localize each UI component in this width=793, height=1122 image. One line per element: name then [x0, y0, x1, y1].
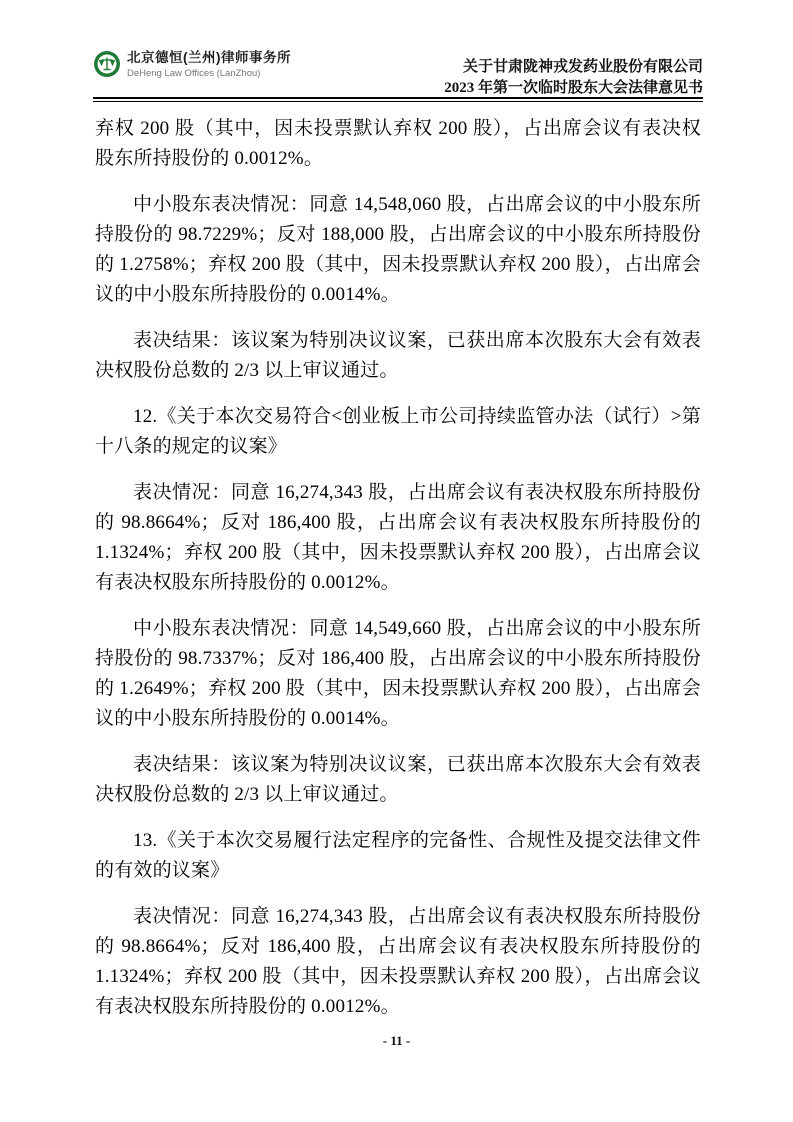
law-firm-name-cn: 北京德恒(兰州)律师事务所: [127, 50, 291, 66]
document-title-line1: 关于甘肃陇神戎发药业股份有限公司: [444, 57, 703, 78]
paragraph-vote-conclusion-11: 表决结果：该议案为特别决议议案，已获出席本次股东大会有效表决权股份总数的 2/3…: [95, 326, 701, 386]
document-page: 北京德恒(兰州)律师事务所 DeHeng Law Offices (LanZho…: [0, 0, 793, 1122]
page-number: - 11 -: [0, 1033, 793, 1049]
deheng-logo-icon: [93, 50, 121, 78]
law-firm-name-block: 北京德恒(兰州)律师事务所 DeHeng Law Offices (LanZho…: [127, 50, 291, 80]
scales-of-justice-seal-icon: [93, 50, 121, 78]
document-title-line2: 2023 年第一次临时股东大会法律意见书: [444, 78, 703, 99]
document-title-block: 关于甘肃陇神戎发药业股份有限公司 2023 年第一次临时股东大会法律意见书: [444, 57, 703, 98]
law-firm-name-en: DeHeng Law Offices (LanZhou): [127, 68, 291, 80]
law-firm-brand: 北京德恒(兰州)律师事务所 DeHeng Law Offices (LanZho…: [93, 50, 291, 80]
header-divider-rule: [93, 97, 703, 102]
paragraph-minority-vote-result-12: 中小股东表决情况：同意 14,549,660 股，占出席会议的中小股东所持股份的…: [95, 614, 701, 734]
heading-proposal-13: 13.《关于本次交易履行法定程序的完备性、合规性及提交法律文件的有效的议案》: [95, 826, 701, 886]
paragraph-vote-result-13: 表决情况：同意 16,274,343 股，占出席会议有表决权股东所持股份的 98…: [95, 902, 701, 1022]
heading-proposal-12: 12.《关于本次交易符合<创业板上市公司持续监管办法（试行）>第十八条的规定的议…: [95, 402, 701, 462]
paragraph-vote-result-12: 表决情况：同意 16,274,343 股，占出席会议有表决权股东所持股份的 98…: [95, 478, 701, 598]
page-header: 北京德恒(兰州)律师事务所 DeHeng Law Offices (LanZho…: [93, 50, 703, 98]
document-body: 弃权 200 股（其中，因未投票默认弃权 200 股），占出席会议有表决权股东所…: [95, 114, 701, 1038]
paragraph-vote-abstain-continuation: 弃权 200 股（其中，因未投票默认弃权 200 股），占出席会议有表决权股东所…: [95, 114, 701, 174]
paragraph-vote-conclusion-12: 表决结果：该议案为特别决议议案，已获出席本次股东大会有效表决权股份总数的 2/3…: [95, 750, 701, 810]
paragraph-minority-vote-result-11: 中小股东表决情况：同意 14,548,060 股，占出席会议的中小股东所持股份的…: [95, 190, 701, 310]
